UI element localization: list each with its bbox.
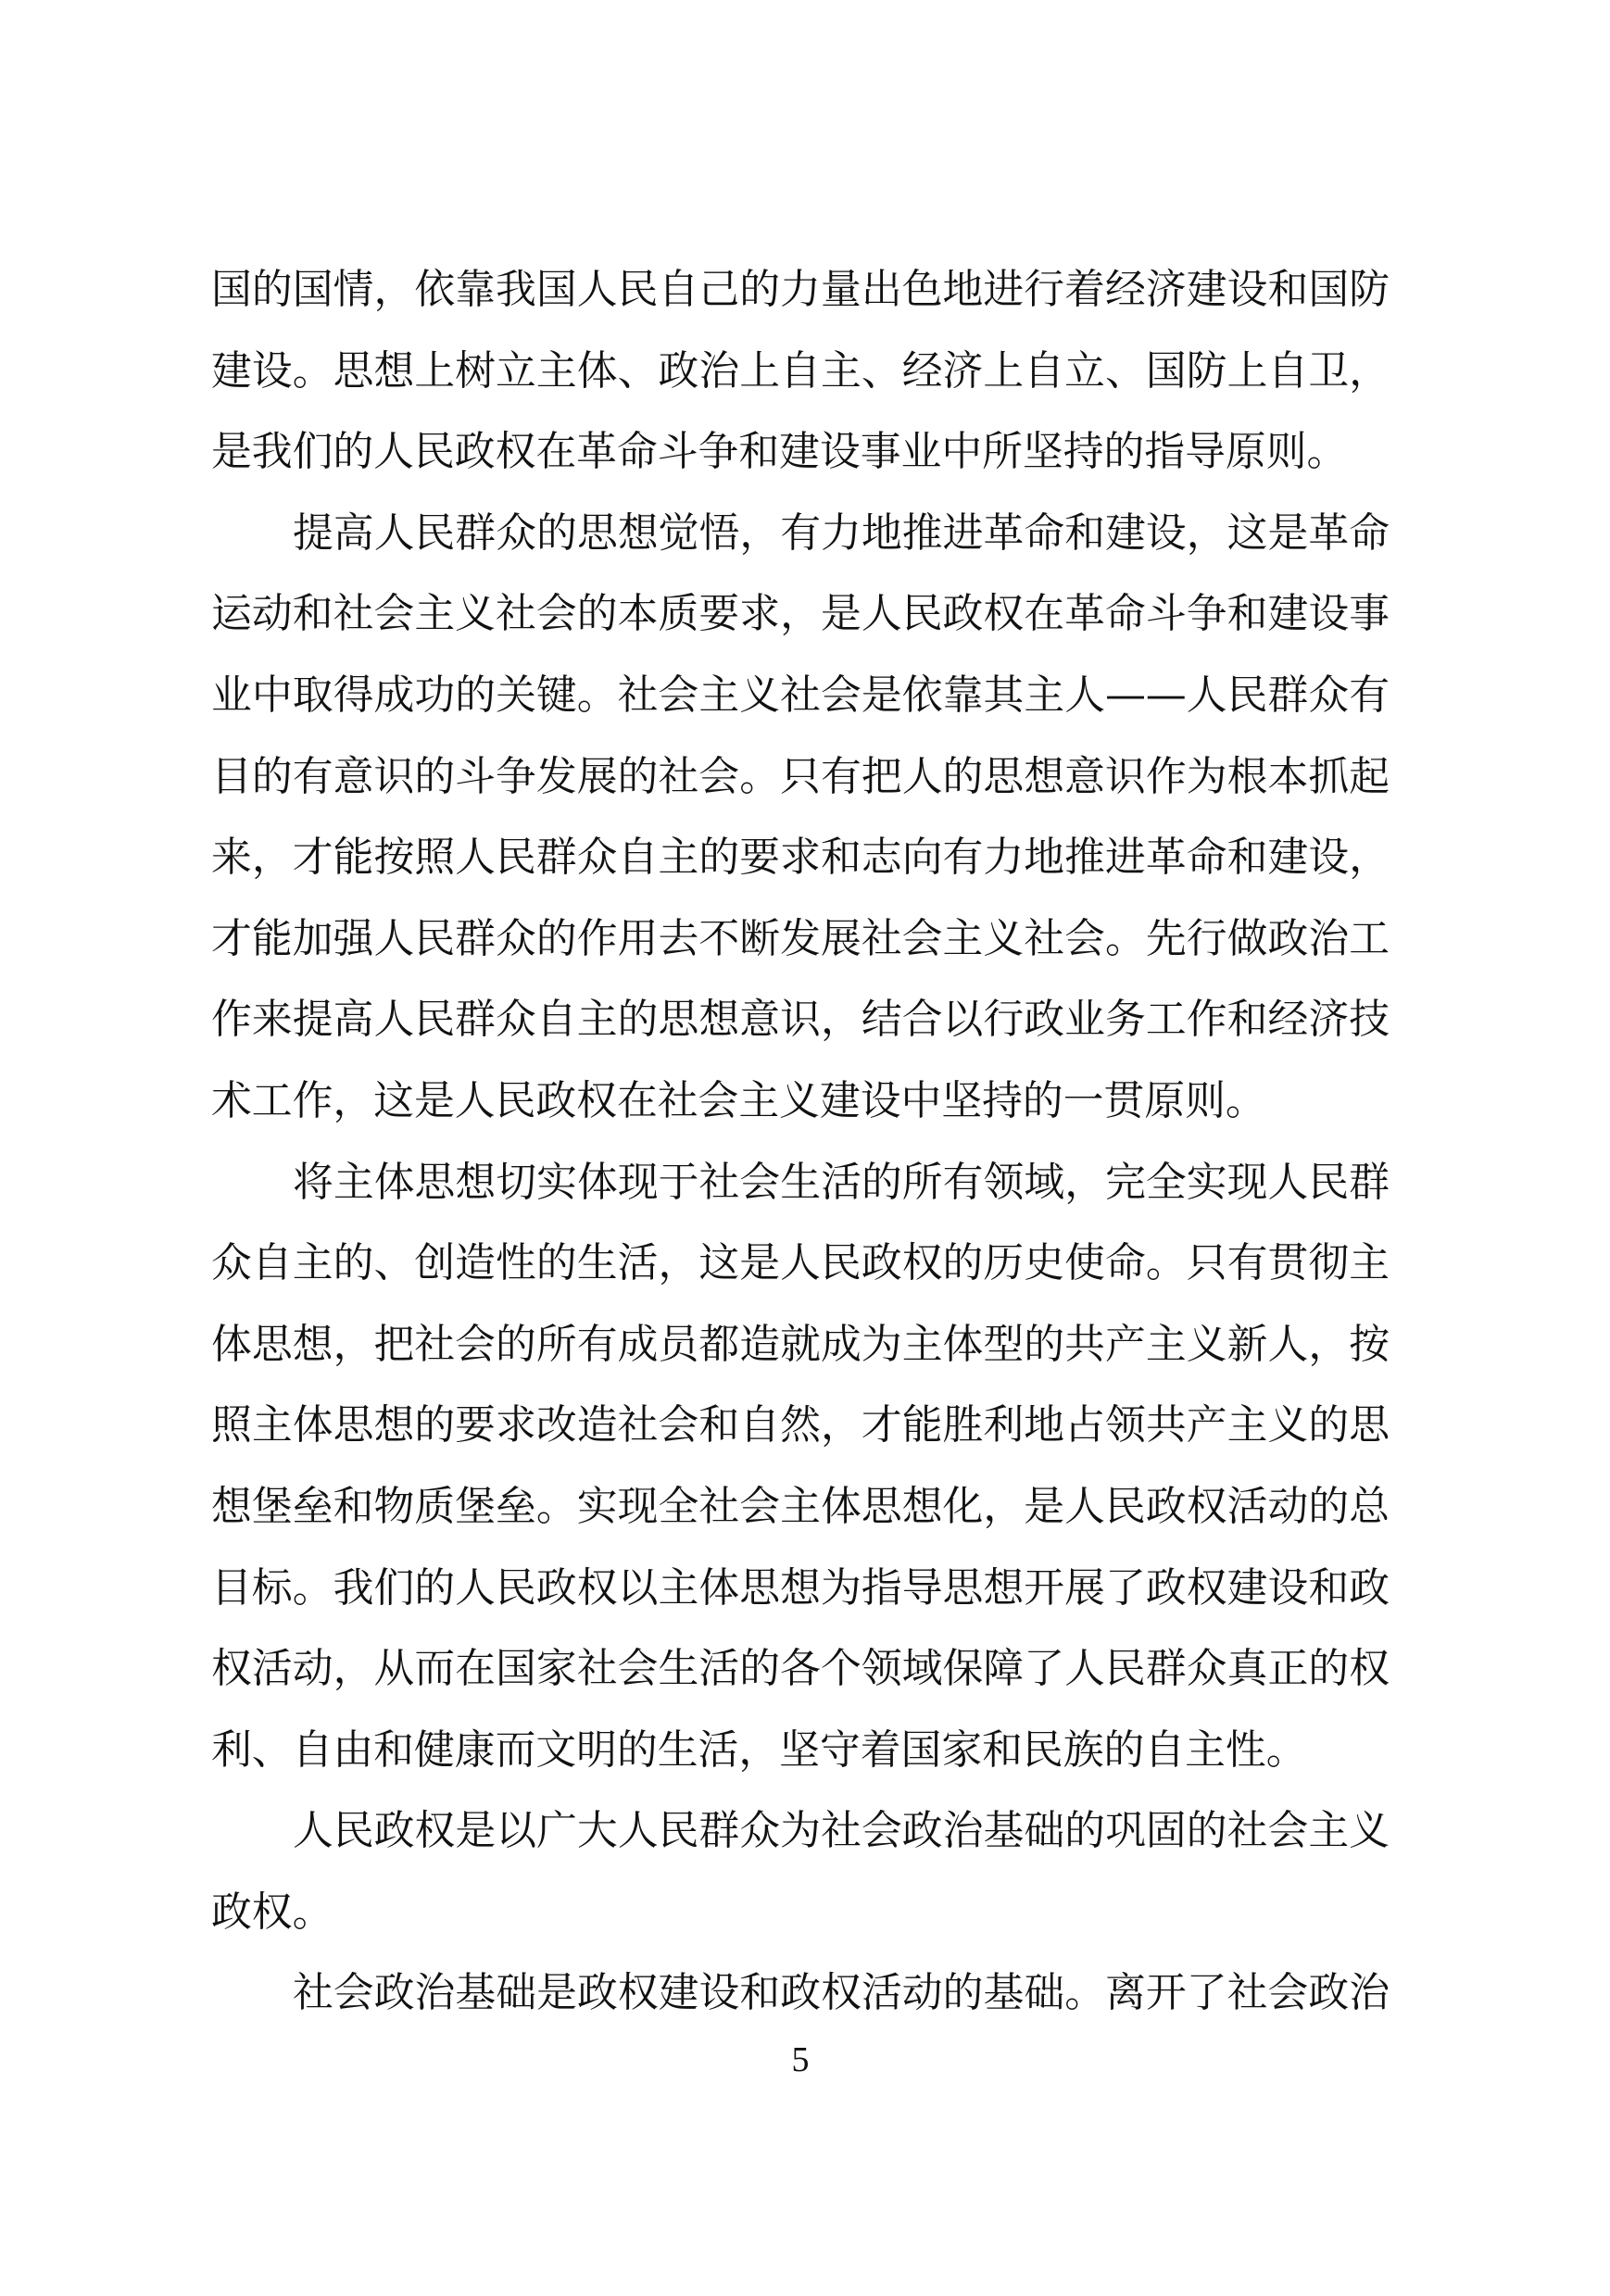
text-line: 体思想，把社会的所有成员都造就成为主体型的共产主义新人，按 — [211, 1317, 1390, 1399]
text-line: 目标。我们的人民政权以主体思想为指导思想开展了政权建设和政 — [211, 1561, 1390, 1642]
text-line: 提高人民群众的思想觉悟，有力地推进革命和建设，这是革命 — [211, 506, 1390, 587]
text-line: 才能加强人民群众的作用去不断发展社会主义社会。先行做政治工 — [211, 911, 1390, 993]
paragraph-1: 国的国情，依靠我国人民自己的力量出色地进行着经济建设和国防 建设。思想上树立主体… — [211, 262, 1390, 506]
text-line: 社会政治基础是政权建设和政权活动的基础。离开了社会政治 — [211, 1965, 1390, 2047]
page-number: 5 — [0, 2038, 1601, 2082]
text-line: 权活动，从而在国家社会生活的各个领域保障了人民群众真正的权 — [211, 1641, 1390, 1723]
text-line: 业中取得成功的关键。社会主义社会是依靠其主人——人民群众有 — [211, 668, 1390, 749]
text-line: 来，才能按照人民群众自主的要求和志向有力地推进革命和建设， — [211, 830, 1390, 911]
paragraph-4: 人民政权是以广大人民群众为社会政治基础的巩固的社会主义 政权。 — [211, 1803, 1390, 1965]
text-line: 将主体思想切实体现于社会生活的所有领域，完全实现人民群 — [211, 1155, 1390, 1236]
text-line: 众自主的、创造性的生活，这是人民政权的历史使命。只有贯彻主 — [211, 1236, 1390, 1317]
text-line: 国的国情，依靠我国人民自己的力量出色地进行着经济建设和国防 — [211, 262, 1390, 344]
text-line: 作来提高人民群众自主的思想意识，结合以行政业务工作和经济技 — [211, 992, 1390, 1073]
paragraph-3: 将主体思想切实体现于社会生活的所有领域，完全实现人民群 众自主的、创造性的生活，… — [211, 1155, 1390, 1804]
body-text: 国的国情，依靠我国人民自己的力量出色地进行着经济建设和国防 建设。思想上树立主体… — [211, 262, 1390, 2047]
paragraph-2: 提高人民群众的思想觉悟，有力地推进革命和建设，这是革命 运动和社会主义社会的本质… — [211, 506, 1390, 1155]
paragraph-5: 社会政治基础是政权建设和政权活动的基础。离开了社会政治 — [211, 1965, 1390, 2047]
text-line: 政权。 — [211, 1885, 1390, 1966]
text-line: 运动和社会主义社会的本质要求，是人民政权在革命斗争和建设事 — [211, 586, 1390, 668]
text-line: 建设。思想上树立主体、政治上自主、经济上自立、国防上自卫， — [211, 344, 1390, 425]
text-line: 人民政权是以广大人民群众为社会政治基础的巩固的社会主义 — [211, 1803, 1390, 1885]
document-page: 国的国情，依靠我国人民自己的力量出色地进行着经济建设和国防 建设。思想上树立主体… — [0, 0, 1610, 2296]
text-line: 利、自由和健康而文明的生活，坚守着国家和民族的自主性。 — [211, 1723, 1390, 1804]
text-line: 照主体思想的要求改造社会和自然，才能胜利地占领共产主义的思 — [211, 1398, 1390, 1479]
text-line: 是我们的人民政权在革命斗争和建设事业中所坚持的指导原则。 — [211, 424, 1390, 506]
text-line: 目的有意识的斗争发展的社会。只有把人的思想意识作为根本抓起 — [211, 749, 1390, 831]
text-line: 术工作，这是人民政权在社会主义建设中坚持的一贯原则。 — [211, 1073, 1390, 1155]
text-line: 想堡垒和物质堡垒。实现全社会主体思想化，是人民政权活动的总 — [211, 1479, 1390, 1561]
